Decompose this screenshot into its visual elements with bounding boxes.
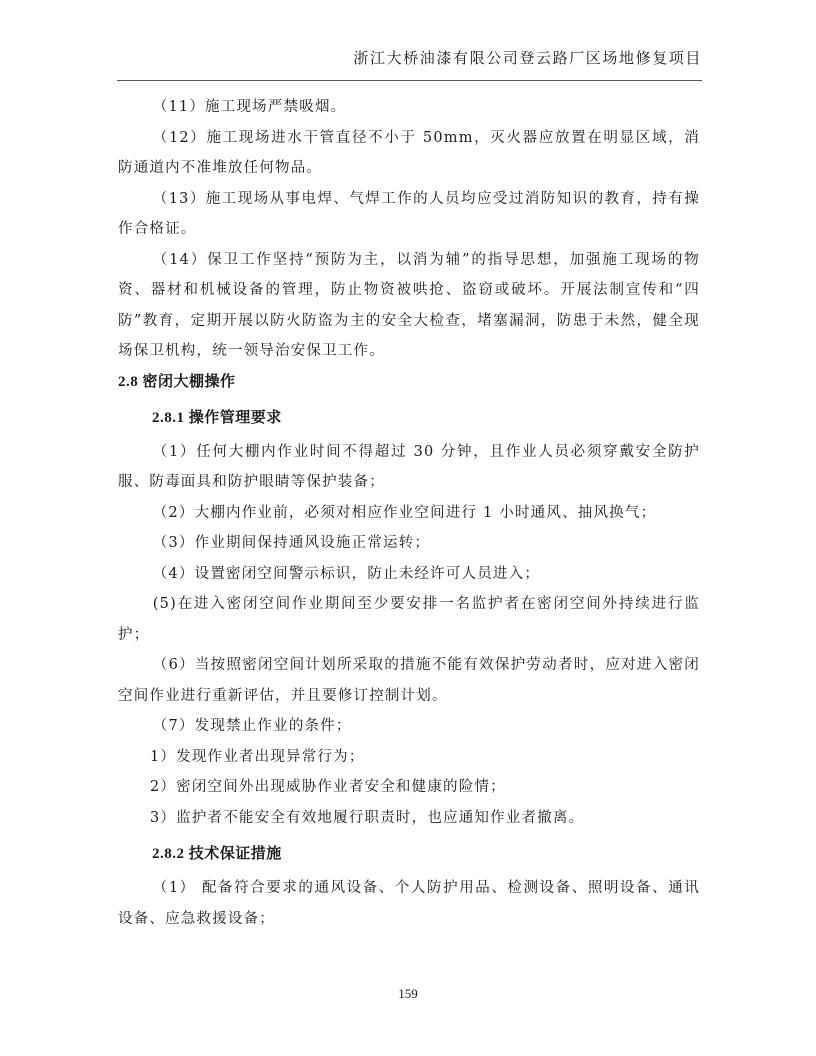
condition-item-3: 3）监护者不能安全有效地履行职责时，也应通知作业者撤离。	[118, 803, 700, 834]
page-number: 159	[0, 986, 816, 1002]
paragraph-item-12: （12）施工现场进水干管直径不小于 50mm，灭火器应放置在明显区域，消防通道内…	[118, 123, 700, 184]
requirement-item-7: （7）发现禁止作业的条件；	[118, 711, 700, 742]
requirement-item-6: （6）当按照密闭空间计划所采取的措施不能有效保护劳动者时，应对进入密闭空间作业进…	[118, 650, 700, 711]
technical-measure-item-1: （1） 配备符合要求的通风设备、个人防护用品、检测设备、照明设备、通讯设备、应急…	[118, 873, 700, 934]
requirement-item-4: （4）设置密闭空间警示标识，防止未经许可人员进入；	[118, 559, 700, 590]
subsection-heading-2-8-1: 2.8.1 操作管理要求	[118, 403, 700, 433]
document-body: （11）施工现场严禁吸烟。 （12）施工现场进水干管直径不小于 50mm，灭火器…	[118, 92, 700, 934]
paragraph-item-14: （14）保卫工作坚持“预防为主，以消为辅”的指导思想，加强施工现场的物资、器材和…	[118, 245, 700, 367]
condition-item-2: 2）密闭空间外出现威胁作业者安全和健康的险情；	[118, 772, 700, 803]
section-heading-2-8: 2.8 密闭大棚操作	[118, 367, 700, 397]
header-divider	[117, 80, 702, 81]
running-header: 浙江大桥油漆有限公司登云路厂区场地修复项目	[117, 44, 702, 72]
paragraph-item-13: （13）施工现场从事电焊、气焊工作的人员均应受过消防知识的教育，持有操作合格证。	[118, 184, 700, 245]
requirement-item-3: （3）作业期间保持通风设施正常运转；	[118, 528, 700, 559]
paragraph-item-11: （11）施工现场严禁吸烟。	[118, 92, 700, 123]
requirement-item-2: （2）大棚内作业前，必须对相应作业空间进行 1 小时通风、抽风换气；	[118, 498, 700, 529]
requirement-item-1: （1）任何大棚内作业时间不得超过 30 分钟，且作业人员必须穿戴安全防护服、防毒…	[118, 437, 700, 498]
subsection-heading-2-8-2: 2.8.2 技术保证措施	[118, 839, 700, 869]
condition-item-1: 1）发现作业者出现异常行为；	[118, 742, 700, 773]
requirement-item-5: (5)在进入密闭空间作业期间至少要安排一名监护者在密闭空间外持续进行监护；	[118, 589, 700, 650]
